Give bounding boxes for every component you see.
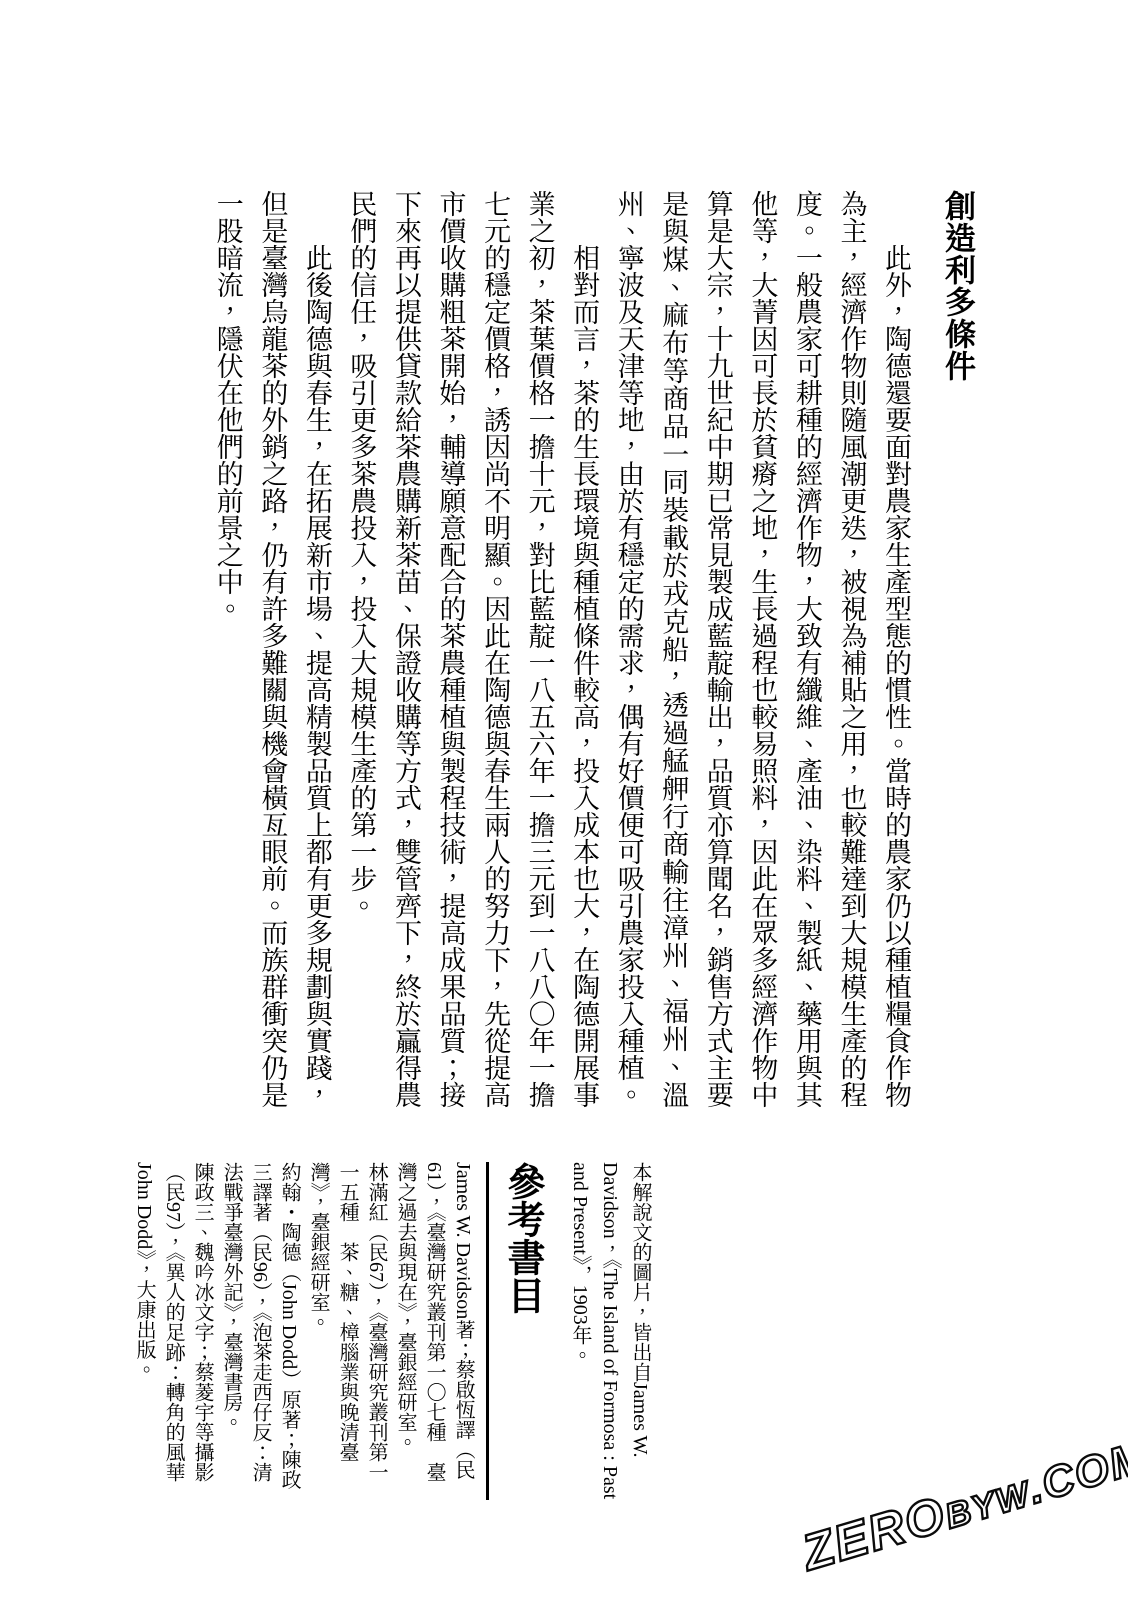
body-paragraph-2: 相對而言，茶的生長環境與種植條件較高，投入成本也大，在陶德開展事業之初，茶葉價格… xyxy=(339,190,606,1108)
site-watermark: ZEROBYW.COM xyxy=(796,1425,1128,1582)
bibliography-entry-3: 約翰・陶德（John Dodd）原著；陳政三譯著（民96），《泡茶走西仔反：清法… xyxy=(216,1162,303,1500)
bibliography-entry-2: 林滿紅（民67），《臺灣研究叢刊第一一五種 茶、糖、樟腦業與晚清臺灣》，臺銀經研… xyxy=(303,1162,390,1500)
bibliography-entry-4: 陳政三、魏吟冰文字；蔡菱宇等攝影（民97），《異人的足跡：轉角的風華John D… xyxy=(129,1162,216,1500)
image-credit-caption: 本解說文的圖片，皆出自James W. Davidson，《The Island… xyxy=(565,1162,655,1500)
bibliography-list: James W. Davidson著；蔡啟恆譯（民61），《臺灣研究叢刊第一〇七… xyxy=(129,1162,489,1500)
page-title: 創造利多條件 xyxy=(940,190,975,1108)
body-paragraph-3: 此後陶德與春生，在拓展新市場、提高精製品質上都有更多規劃與實踐，但是臺灣烏龍茶的… xyxy=(205,190,339,1108)
watermark-text-zero: ZERO xyxy=(796,1486,953,1581)
watermark-text-byw: BYW xyxy=(941,1474,1036,1536)
bibliography-entry-1: James W. Davidson著；蔡啟恆譯（民61），《臺灣研究叢刊第一〇七… xyxy=(390,1162,477,1500)
watermark-text-com: .COM xyxy=(1022,1432,1128,1514)
bibliography-heading: 參考書目 xyxy=(501,1162,541,1500)
body-paragraph-1: 此外，陶德還要面對農家生產型態的慣性。當時的農家仍以種植糧食作物為主，經濟作物則… xyxy=(606,190,918,1108)
bottom-block: 本解說文的圖片，皆出自James W. Davidson，《The Island… xyxy=(129,1162,655,1500)
main-text-block: 創造利多條件 此外，陶德還要面對農家生產型態的慣性。當時的農家仍以種植糧食作物為… xyxy=(205,190,975,1108)
